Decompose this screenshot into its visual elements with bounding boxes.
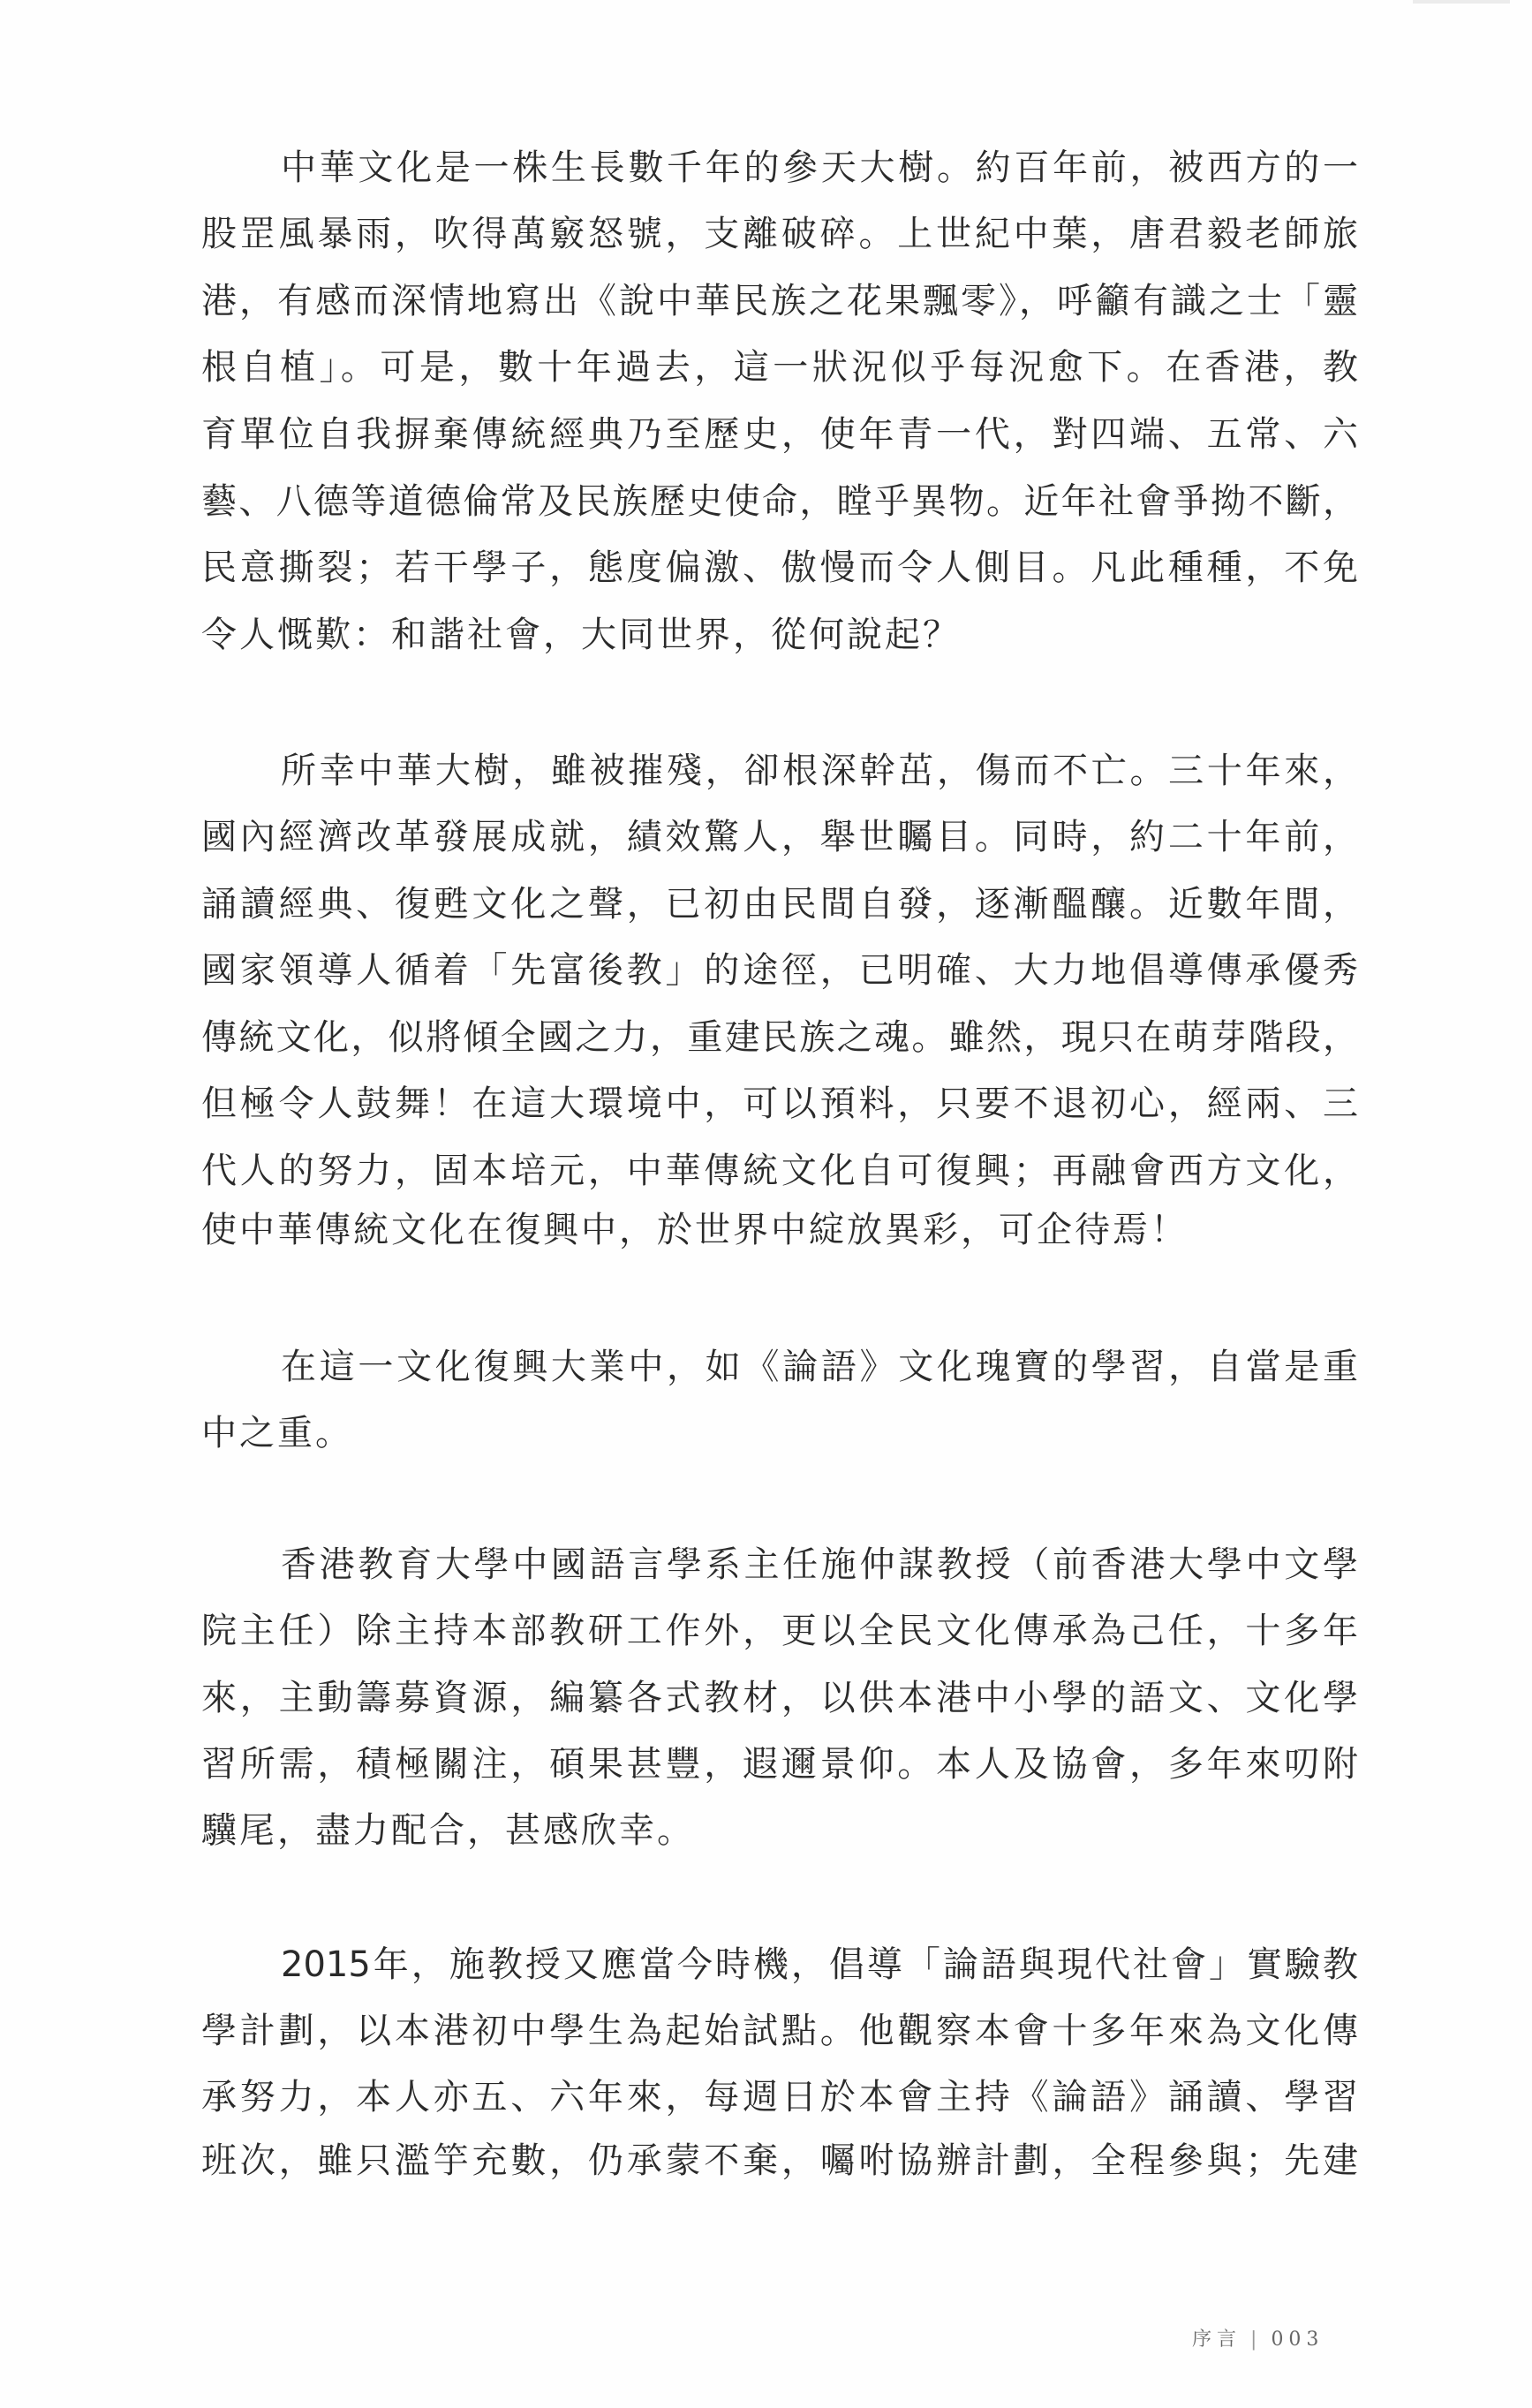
text-line: 令人慨歎：和諧社會，大同世界，從何說起？ (201, 613, 1358, 657)
text-line: 班次，雖只濫竽充數，仍承蒙不棄，囑咐協辦計劃，全程參與；先建 (201, 2139, 1358, 2183)
text-line: 學計劃，以本港初中學生為起始試點。他觀察本會十多年來為文化傳 (201, 2009, 1358, 2053)
text-line: 在這一文化復興大業中，如《論語》文化瑰寶的學習，自當是重 (281, 1345, 1358, 1389)
text-line: 代人的努力，固本培元，中華傳統文化自可復興；再融會西方文化， (201, 1149, 1358, 1193)
text-line: 股罡風暴雨，吹得萬竅怒號，支離破碎。上世紀中葉，唐君毅老師旅 (201, 212, 1358, 256)
section-title: 序言 (1192, 2329, 1241, 2351)
text-line: 使中華傳統文化在復興中，於世界中綻放異彩，可企待焉！ (201, 1208, 1358, 1252)
text-line: 但極令人鼓舞！在這大環境中，可以預料，只要不退初心，經兩、三 (201, 1082, 1358, 1126)
footer-separator: | (1250, 2329, 1262, 2351)
text-line: 承努力，本人亦五、六年來，每週日於本會主持《論語》誦讀、學習 (201, 2075, 1358, 2119)
text-line: 民意撕裂；若干學子，態度偏激、傲慢而令人側目。凡此種種，不免 (201, 546, 1358, 590)
text-line: 國內經濟改革發展成就，績效驚人，舉世矚目。同時，約二十年前， (201, 815, 1358, 859)
scan-artifact (1413, 0, 1510, 4)
text-line: 誦讀經典、復甦文化之聲，已初由民間自發，逐漸醞釀。近數年間， (201, 882, 1358, 926)
text-line: 港，有感而深情地寫出《說中華民族之花果飄零》，呼籲有識之士「靈 (201, 279, 1358, 323)
text-line: 育單位自我摒棄傳統經典乃至歷史，使年青一代，對四端、五常、六 (201, 412, 1358, 457)
text-line: 中之重。 (201, 1411, 1358, 1455)
text-line: 院主任）除主持本部教研工作外，更以全民文化傳承為己任，十多年 (201, 1609, 1358, 1653)
document-page: 中華文化是一株生長數千年的參天大樹。約百年前，被西方的一 股罡風暴雨，吹得萬竅怒… (0, 0, 1532, 2408)
text-line: 所幸中華大樹，雖被摧殘，卻根深幹茁，傷而不亡。三十年來， (281, 749, 1358, 793)
text-line: 傳統文化，似將傾全國之力，重建民族之魂。雖然，現只在萌芽階段， (201, 1015, 1358, 1060)
text-line: 根自植」。可是，數十年過去，這一狀況似乎每況愈下。在香港，教 (201, 345, 1358, 389)
text-line: 藝、八德等道德倫常及民族歷史使命，瞠乎異物。近年社會爭拗不斷， (201, 479, 1358, 524)
text-line: 驥尾，盡力配合，甚感欣幸。 (201, 1808, 1358, 1853)
text-line: 習所需，積極關注，碩果甚豐，遐邇景仰。本人及協會，多年來叨附 (201, 1742, 1358, 1786)
text-line: 中華文化是一株生長數千年的參天大樹。約百年前，被西方的一 (281, 146, 1358, 190)
text-line: 香港教育大學中國語言學系主任施仲謀教授（前香港大學中文學 (281, 1543, 1358, 1587)
page-number: 003 (1271, 2329, 1324, 2351)
text-line: 國家領導人循着「先富後教」的途徑，已明確、大力地倡導傳承優秀 (201, 948, 1358, 993)
page-footer: 序言|003 (1192, 2324, 1324, 2351)
text-line: 2015年，施教授又應當今時機，倡導「論語與現代社會」實驗教 (281, 1943, 1358, 1987)
text-line: 來，主動籌募資源，編纂各式教材，以供本港中小學的語文、文化學 (201, 1676, 1358, 1720)
